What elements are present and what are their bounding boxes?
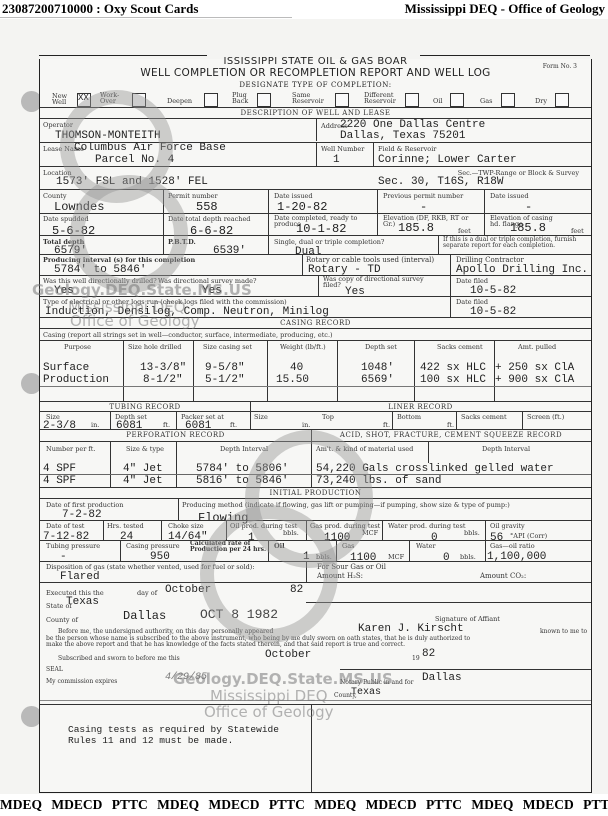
casing-cell: + 900 sx ClA [495,374,574,386]
watermark-office: Office of Geology [204,703,334,721]
rate-gas-unit: MCF [388,553,404,561]
watermark-office: Office of Geology [70,312,200,330]
liner-top-label: Top [322,413,334,421]
elevation-value: 185.8 [398,221,434,235]
dual-note: If this is a dual or triple completion, … [443,237,583,248]
watermark-seal-icon [70,175,188,293]
casing-cell: 13-3/8" [140,362,186,374]
record-id-title: 23087200710000 : Oxy Scout Cards [2,1,198,17]
casing-header-sacks: Sacks cement [437,343,483,351]
county-sig-label: County of [46,616,78,624]
casing-cell: 15.50 [276,374,309,386]
liner-top-unit: ft. [383,421,390,429]
test-water-unit: bbls. [464,529,480,537]
casing-tests-note: Casing tests as required by Statewide Ru… [68,724,288,746]
completion-label-dry: Dry [535,97,547,105]
liner-size-unit: in. [302,421,310,429]
affidavit-line3: make the above report and that he has kn… [46,641,405,648]
casing-header-pulled: Amt. pulled [518,343,556,351]
sec-twp-value: Sec. 30, T16S, R18W [378,176,503,188]
form-title-report: WELL COMPLETION OR RECOMPLETION REPORT A… [40,67,591,79]
date-issued-label: Date issued [274,192,313,200]
completion-label-oil: Oil [433,97,443,105]
elevation-casing-value: 185.8 [510,221,546,235]
watermark-seal-icon [245,430,373,568]
section-tubing: TUBING RECORD [40,403,250,411]
date-filed1-label: Date filed [456,277,488,285]
perf-cell: 4 SPF [43,475,76,487]
liner-bottom-label: Bottom [397,413,421,421]
state-value: Texas [66,596,99,608]
subscribed-month: October [265,649,311,661]
liner-sacks-label: Sacks cement [461,413,507,421]
checkbox-deepen[interactable] [204,93,218,107]
checkbox-same-reservoir[interactable] [335,93,349,107]
casing-cell: Production [43,374,109,386]
test-date-label: Date of test [46,522,84,530]
completion-label-new-well: New Well [52,93,72,105]
address-line2: Dallas, Texas 75201 [340,130,465,142]
completion-label-different-reservoir: Different Reservoir [364,92,402,104]
watermark-url: Geology.DEQ.State.MS.US [32,281,252,299]
footer-banner: MDEQ MDECD PTTC MDEQ MDECD PTTC MDEQ MDE… [0,797,608,816]
casing-cell: Surface [43,362,89,374]
casing-note: Casing (report all strings set in well—c… [43,331,333,339]
casing-header-hole: Size hole drilled [128,343,181,351]
subscribed-label: Subscribed and sworn to before me this [58,655,180,662]
gor-label: Gas—oil ratio [490,542,535,550]
test-water-label: Water prod. during test [388,522,465,530]
casing-cell: + 250 sx ClA [495,362,574,374]
section-perforation: PERFORATION RECORD [40,431,311,439]
well-number-value: 1 [333,154,340,166]
date-issued-value: 1-20-82 [277,200,327,214]
casing-cell: 8-1/2" [143,374,183,386]
agency-title: Mississippi DEQ - Office of Geology [405,1,605,17]
checkbox-oil[interactable] [450,93,464,107]
rate-water-unit: bbls. [460,553,476,561]
casing-header-casing: Size casing set [203,343,252,351]
perf-header-number: Number per ft. [46,445,95,453]
casing-pressure-label: Casing pressure [126,542,180,550]
casing-cell: 6569' [361,374,394,386]
pbtd-value: 6539' [213,245,246,257]
notary-county-value: Texas [351,687,381,698]
county-label: County [43,192,67,200]
completion-label-plug-back: Plug Back [232,92,254,104]
date-filed2-label: Date filed [456,298,488,306]
form-number: Form No. 3 [543,63,577,70]
dir-copy-label: Was copy of directional survey filed? [323,276,443,288]
oil-gravity-unit: °API (Corr) [510,532,547,540]
liner-size-label: Size [254,413,268,421]
subscribed-year-prefix: 19 [412,655,420,662]
checkbox-gas[interactable] [501,93,515,107]
previous-permit-value: - [420,200,427,214]
well-number-label: Well Number [321,145,364,153]
notary-value: Dallas [422,672,462,684]
casing-cell: 422 sx HLC [420,362,486,374]
choke-size-label: Choke size [168,522,204,530]
casing-header-purpose: Purpose [64,343,91,351]
checkbox-dry[interactable] [555,93,569,107]
acid-header-depth: Depth Interval [482,445,530,453]
elevation-casing-unit: feet [571,227,584,235]
casing-cell: 9-5/8" [205,362,245,374]
checkbox-plug-back[interactable] [257,93,271,107]
day-of-label: day of [137,589,157,597]
drilling-contractor-label: Drilling Contractor [456,256,524,264]
casing-cell: 100 sx HLC [420,374,486,386]
liner-bottom-unit: ft. [447,421,454,429]
tubing-depth-unit: ft. [163,421,170,429]
packer-unit: ft. [230,421,237,429]
liner-screen-label: Screen (ft.) [527,413,564,421]
commission-label: My commission expires [46,678,117,685]
field-reservoir-label: Field & Reservoir [378,145,436,153]
first-production-label: Date of first production [46,501,123,509]
completion-label-deepen: Deepen [167,97,192,105]
rotary-label: Rotary or cable tools used (interval) [306,256,434,264]
tubing-pressure-label: Tubing pressure [46,542,100,550]
page-header: 23087200710000 : Oxy Scout Cards Mississ… [0,0,608,18]
casing-cell: 40 [290,362,303,374]
elevation-unit: feet [458,227,471,235]
perf-cell: 4" Jet [123,475,163,487]
header-underline [0,17,292,18]
tubing-size-unit: in. [91,421,99,429]
hrs-tested-label: Hrs. tested [107,522,144,530]
completion-kind-label: Single, dual or triple completion? [274,238,384,246]
signature-label: Signature of Affiant [435,615,500,623]
oil-gravity-label: Oil gravity [490,522,525,530]
rate-water-value: 0 [443,552,450,564]
county-sig-value: Dallas [123,609,166,623]
previous-permit-label: Previous permit number [383,192,463,200]
field-reservoir-value: Corinne; Lower Carter [378,154,517,166]
affidavit-known: known to me to [540,628,587,635]
subscribed-year: 82 [422,648,435,660]
section-acid: ACID, SHOT, FRACTURE, CEMENT SQUEEZE REC… [311,431,591,439]
section-liner: LINER RECORD [250,403,591,411]
casing-cell: 1048' [361,362,394,374]
date-completed-value: 10-1-82 [296,222,346,236]
casing-cell: 5-1/2" [205,374,245,386]
form-title-board: ISSISSIPPI STATE OIL & GAS BOAR [40,56,591,67]
checkbox-different-reservoir[interactable] [405,93,419,107]
completion-label-same-reservoir: Same Reservoir [292,92,328,104]
casing-header-weight: Weight (lb/ft.) [280,343,326,351]
co2-label: Amount CO₂: [480,572,526,580]
date-issued2-label: Date issued [490,192,529,200]
seal-label: SEAL [46,666,63,673]
rate-water-label: Water [416,542,436,550]
affiant-name: Karen J. Kirscht [358,623,464,635]
date-issued2-value: - [525,200,532,214]
permit-number-value: 558 [196,200,218,214]
designate-label: DESIGNATE TYPE OF COMPLETION: [40,81,591,89]
casing-header-depth: Depth set [365,343,397,351]
perf-header-size: Size & type [126,445,164,453]
watermark-url: Geology.DEQ.State.MS.US [173,670,393,688]
completion-label-gas: Gas [480,97,492,105]
